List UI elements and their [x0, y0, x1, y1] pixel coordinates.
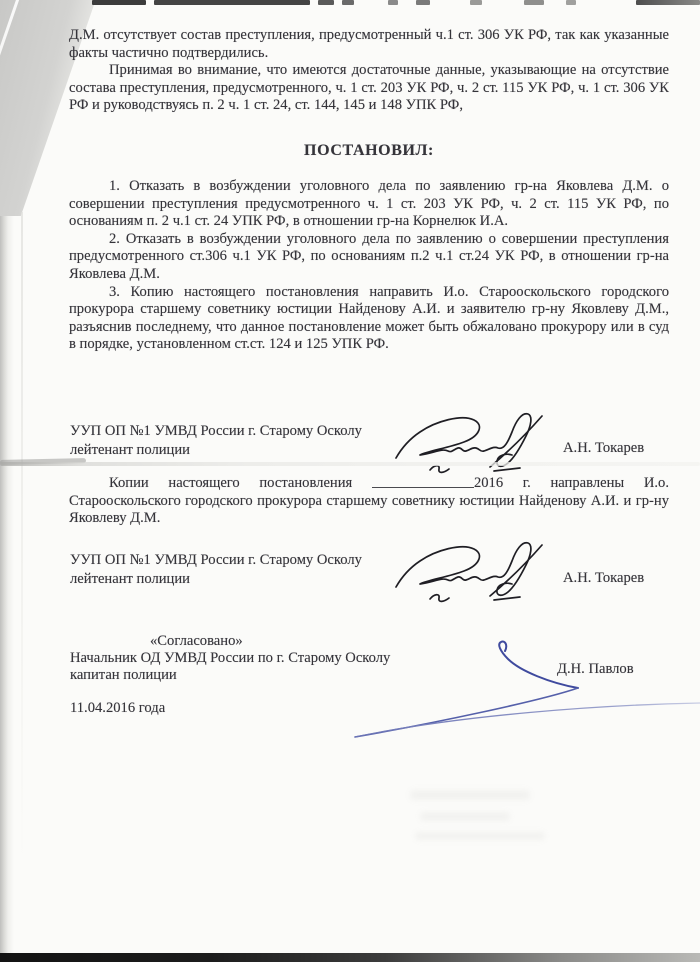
officer-rank-line: лейтенант полиции — [70, 570, 410, 589]
scan-top-fragment — [416, 0, 430, 5]
vertical-crease — [21, 212, 23, 862]
scan-top-fragment — [470, 0, 482, 5]
copies-note: Копии настоящего постановления 2016 г. н… — [69, 474, 669, 528]
resolution-item-1: 1. Отказать в возбуждении уголовного дел… — [69, 178, 669, 231]
horizontal-fold-crease — [0, 462, 700, 466]
officer-name-1: А.Н. Токарев — [563, 440, 644, 457]
scan-bottom-edge — [0, 953, 700, 962]
scan-top-fragment — [566, 0, 576, 5]
officer-name-2: А.Н. Токарев — [563, 570, 644, 587]
scan-top-fragment — [388, 0, 398, 5]
scan-top-fragment — [636, 0, 700, 5]
document-body: Д.М. отсутствует состав преступления, пр… — [69, 27, 669, 354]
copies-note-before: Копии настоящего постановления — [109, 475, 352, 491]
intro-paragraph-2: Принимая во внимание, что имеются достат… — [69, 62, 669, 115]
blank-date-line — [372, 475, 474, 488]
officer-rank-line: лейтенант полиции — [70, 441, 410, 460]
tokarev-signature-1 — [390, 404, 565, 484]
scan-top-fragment — [318, 0, 334, 5]
bleedthrough-smudge — [410, 790, 530, 800]
tokarev-signature-2 — [390, 533, 565, 613]
scan-top-fragment — [524, 0, 544, 5]
officer-block-1: УУП ОП №1 УМВД России г. Старому Осколу … — [70, 422, 410, 460]
resolution-heading: ПОСТАНОВИЛ: — [69, 141, 669, 161]
scanned-document-page: Д.М. отсутствует состав преступления, пр… — [0, 0, 700, 962]
officer-org-line: УУП ОП №1 УМВД России г. Старому Осколу — [70, 422, 410, 441]
officer-block-2: УУП ОП №1 УМВД России г. Старому Осколу … — [70, 551, 410, 589]
scan-top-fragment — [92, 0, 146, 5]
intro-paragraph-1: Д.М. отсутствует состав преступления, пр… — [69, 27, 669, 62]
document-date: 11.04.2016 года — [70, 700, 165, 717]
resolution-item-2: 2. Отказать в возбуждении уголовного дел… — [69, 231, 669, 284]
scan-top-fragment — [342, 0, 354, 5]
pavlov-signature — [345, 633, 700, 748]
bleedthrough-smudge — [415, 832, 545, 840]
officer-org-line: УУП ОП №1 УМВД России г. Старому Осколу — [70, 551, 410, 570]
bleedthrough-smudge — [420, 812, 510, 821]
resolution-item-3: 3. Копию настоящего постановления направ… — [69, 284, 669, 354]
scan-top-fragment — [154, 0, 310, 5]
